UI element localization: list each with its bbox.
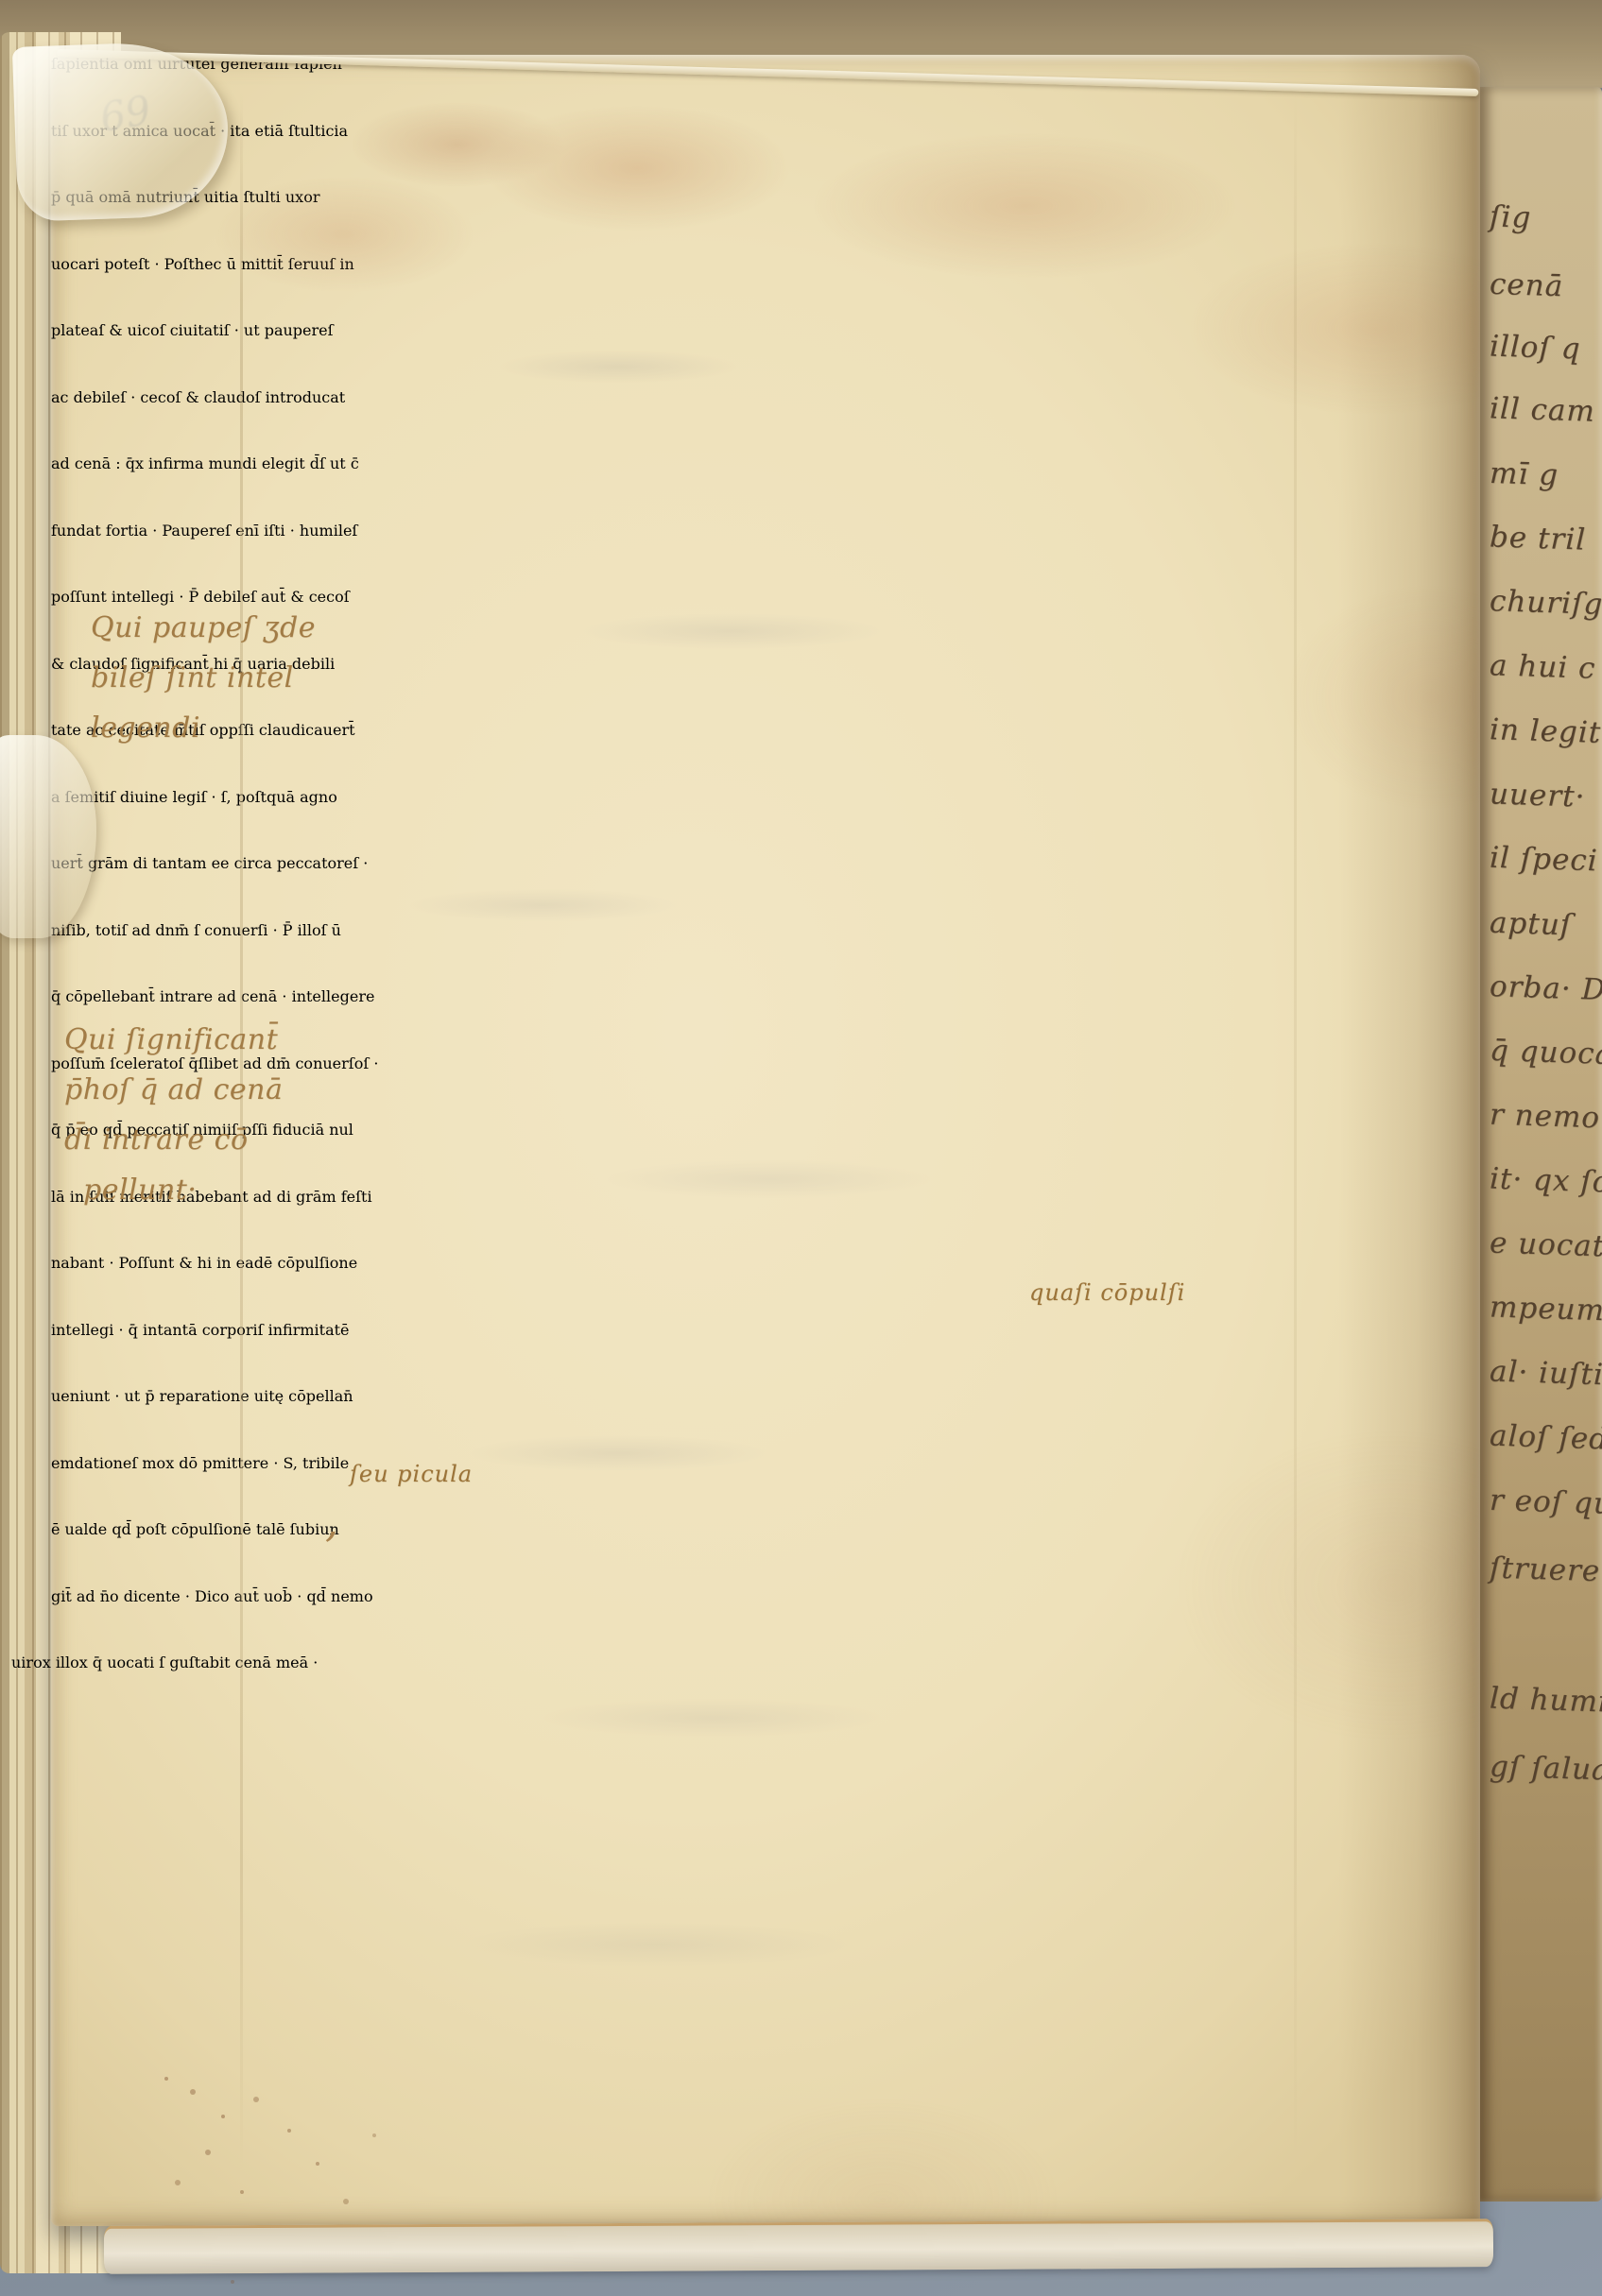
text-line: tiſ uxor t amica uocat̄ · ita etiā ſtult… bbox=[51, 122, 1480, 189]
text-line: a ſemitiſ diuine legiſ · ſ, poſtquā agno bbox=[51, 788, 1480, 855]
margin-note-line: bileſ ſint intel bbox=[91, 653, 316, 703]
interlinear-gloss-upper: quaſi cōpulſi bbox=[1029, 1279, 1185, 1306]
text-line: nabant · Poſſunt & hi in eadē cōpulſione bbox=[51, 1254, 1480, 1321]
margin-note-1: Qui paupeſ ʒde bileſ ſint intel legendi bbox=[91, 603, 316, 753]
main-text-block: ſapientia om̄ſ uirtuteſ generanſ ſapien … bbox=[51, 55, 1480, 1721]
text-line: p̄ quā omā nutriunt̄ uitia ſtulti uxor bbox=[51, 188, 1480, 255]
text-line: git̄ ad n̄o dicente · Dico aut̄ uob̄ · q… bbox=[51, 1587, 1480, 1654]
text-line: intellegi · q̄ intantā corporiſ infirmit… bbox=[51, 1321, 1480, 1388]
parchment-freckles bbox=[164, 2077, 168, 2081]
margin-note-line: p̄hoſ q̄ ad cenā bbox=[64, 1065, 283, 1115]
facing-text-fragment: ill cam bbox=[1489, 391, 1595, 428]
ruling-crease-right bbox=[1294, 93, 1297, 2169]
facing-text-fragment: aloſ ſed p bbox=[1489, 1419, 1602, 1458]
facing-text-fragment: ſig bbox=[1489, 199, 1531, 234]
facing-text-fragment: e uocati ſ bbox=[1489, 1226, 1602, 1265]
margin-note-line: Qui ſignificant̄ bbox=[64, 1015, 283, 1065]
page-bottom-under-edge bbox=[104, 2219, 1493, 2274]
margin-note-line: pellunt· bbox=[64, 1165, 283, 1215]
margin-note-line: Qui paupeſ ʒde bbox=[91, 603, 316, 653]
facing-page-sliver: ſig cenā illoſ q ill cam mī g be tril ch… bbox=[1480, 87, 1602, 2202]
facing-text-fragment: be tril bbox=[1489, 520, 1586, 557]
gutter-shadow bbox=[1338, 55, 1480, 2226]
interlinear-gloss-lower: ſeu picula bbox=[350, 1461, 473, 1487]
facing-text-fragment: q̄ quoca bbox=[1489, 1034, 1602, 1071]
facing-text-fragment: it· qx ſolu bbox=[1489, 1161, 1602, 1200]
facing-text-fragment: aptuſ bbox=[1489, 906, 1572, 943]
facing-text-fragment: il ſpeci a bbox=[1489, 841, 1602, 880]
facing-text-fragment: ld humile bbox=[1489, 1682, 1602, 1721]
facing-text-fragment: r nemo u bbox=[1489, 1098, 1602, 1137]
facing-text-fragment: gſ ſaluari bbox=[1489, 1750, 1602, 1789]
facing-text-fragment: r eoſ qui bbox=[1489, 1483, 1602, 1521]
text-line: ac debileſ · cecoſ & claudoſ introducat bbox=[51, 388, 1480, 455]
text-line: ē ualde qd̄ poſt cōpulſionē talē ſubiun bbox=[51, 1520, 1480, 1587]
facing-text-fragment: cenā bbox=[1489, 267, 1563, 303]
margin-note-line: legendi bbox=[91, 703, 316, 753]
facing-text-fragment: orba· D bbox=[1489, 969, 1602, 1007]
margin-note-2: Qui ſignificant̄ p̄hoſ q̄ ad cenā d̄i in… bbox=[64, 1015, 283, 1215]
text-line: uirox illox q̄ uocati ſ guſtabit cenā me… bbox=[11, 1653, 1480, 1721]
parchment-page: 69 ſapientia om̄ſ uirtuteſ generanſ ſapi… bbox=[51, 55, 1480, 2226]
manuscript-photo: 69 ſapientia om̄ſ uirtuteſ generanſ ſapi… bbox=[0, 0, 1602, 2296]
facing-text-fragment: al· iuſti· d bbox=[1489, 1354, 1602, 1393]
text-line: ad cenā : q̄x infirma mundi elegit d̄ſ u… bbox=[51, 454, 1480, 522]
facing-text-fragment: illoſ q bbox=[1489, 329, 1581, 366]
text-line: uert̄ grām di tantam ee circa peccatoreſ… bbox=[51, 854, 1480, 921]
text-line: ueniunt · ut p̄ reparatione uitę cōpella… bbox=[51, 1387, 1480, 1454]
text-line: uocari poteſt · Poſthec ū mittit̄ ſeruuſ… bbox=[51, 255, 1480, 322]
text-line: niſib, totiſ ad dnm̄ ſ conuerſi · P̄ ill… bbox=[51, 921, 1480, 988]
facing-text-fragment: mī g bbox=[1489, 456, 1559, 492]
margin-insertion-mark: , bbox=[325, 1499, 338, 1547]
facing-text-fragment: mpeum di bbox=[1489, 1290, 1602, 1328]
facing-text-fragment: uuert· bbox=[1489, 777, 1586, 814]
facing-text-fragment: in legit bbox=[1489, 712, 1601, 750]
text-line: emdationeſ mox dō pmittere · S, tribile bbox=[51, 1454, 1480, 1521]
facing-text-fragment: churiſg bbox=[1489, 584, 1602, 622]
facing-text-fragment: a hui c bbox=[1489, 648, 1595, 686]
text-line: plateaſ & uicoſ ciuitatiſ · ut paupereſ bbox=[51, 321, 1480, 388]
text-line: fundat fortia · Paupereſ enī iſti · humi… bbox=[51, 522, 1480, 589]
facing-text-fragment: ſtruere· u bbox=[1489, 1551, 1602, 1589]
margin-note-line: d̄i intrare cō bbox=[64, 1115, 283, 1165]
